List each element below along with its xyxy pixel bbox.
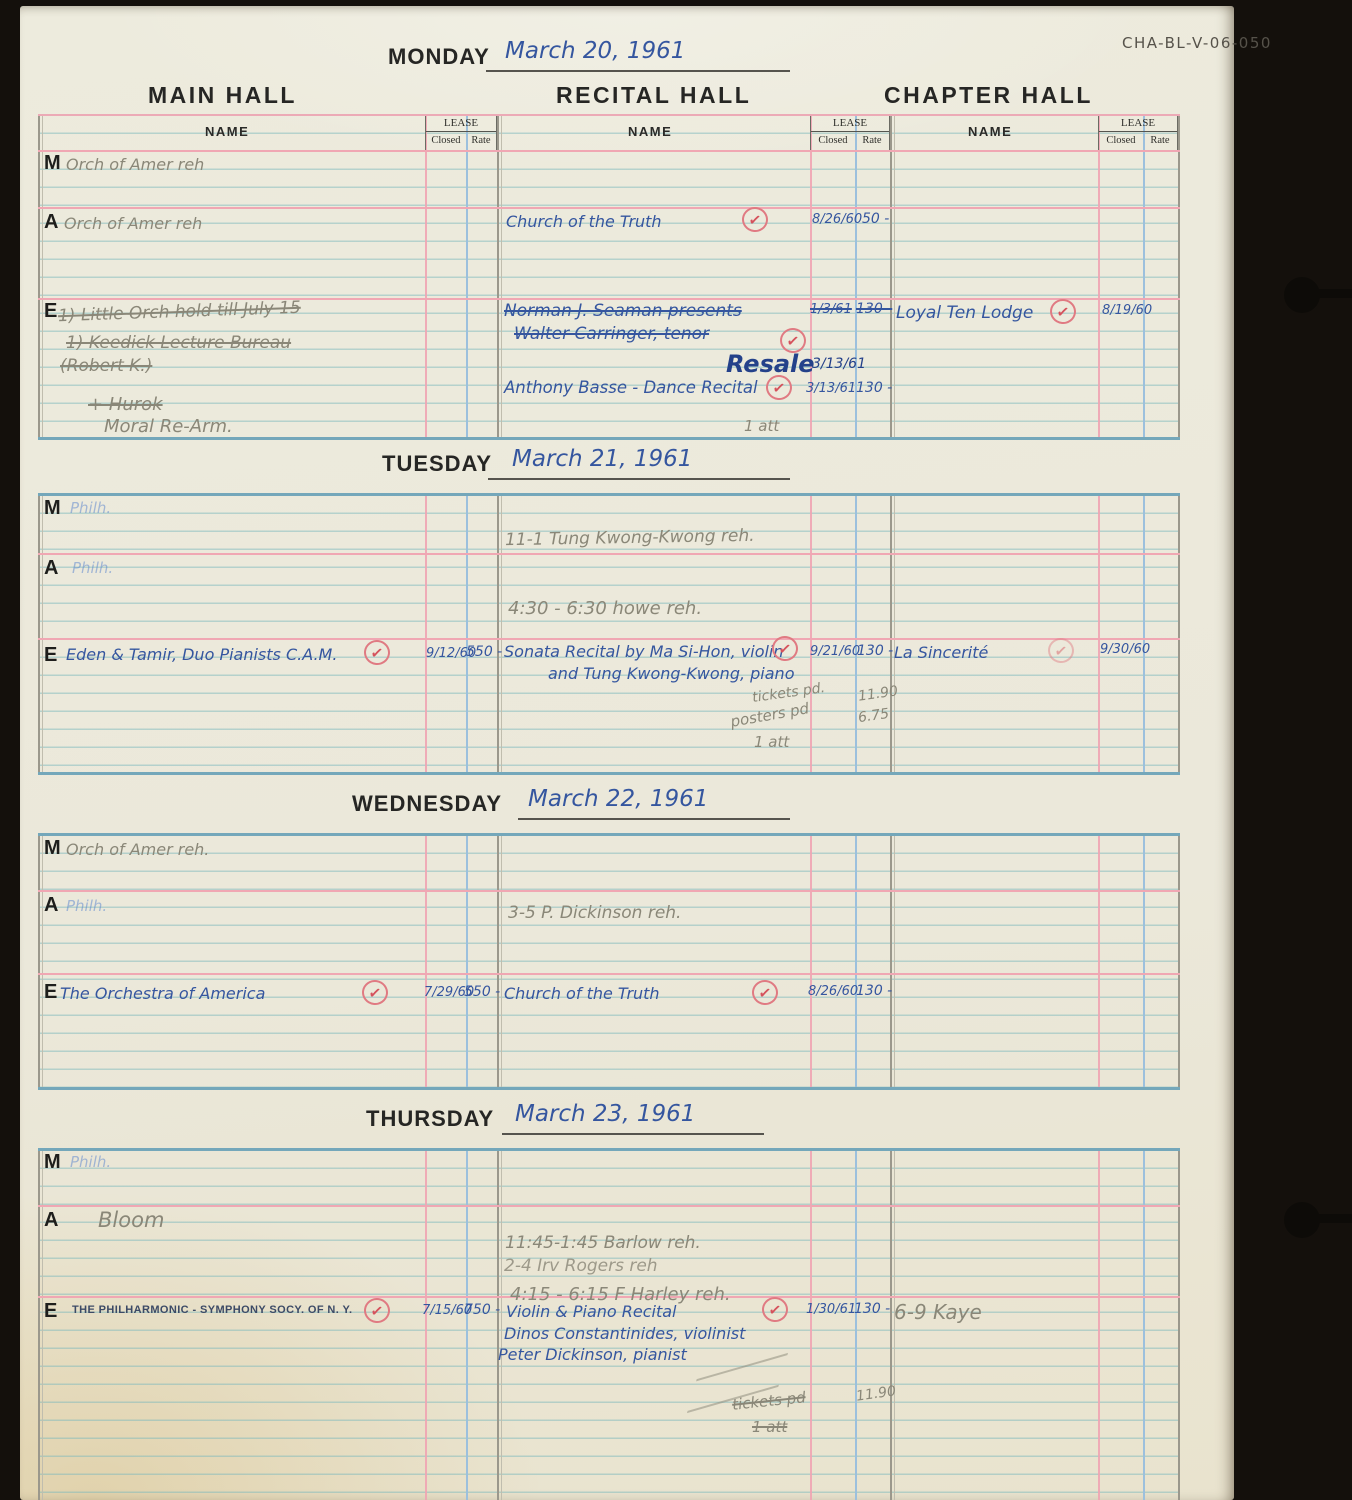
- row-letter-evening: E: [44, 981, 57, 1004]
- rate-wed-recital-e: 130 -: [856, 983, 892, 999]
- rate-mon-recital-e1: 130 -: [856, 301, 892, 317]
- entry-wed-main-a: Philh.: [66, 897, 107, 915]
- entry-tue-main-m: Philh.: [70, 499, 111, 517]
- divider: [1098, 116, 1100, 437]
- entry-mon-main-m: Orch of Amer reh: [66, 155, 204, 174]
- divider: [855, 836, 857, 1087]
- row-letter-morning: M: [44, 152, 61, 175]
- entry-thu-recital-a1: 11:45-1:45 Barlow reh.: [505, 1233, 701, 1253]
- check-glyph: ✓: [368, 983, 383, 1003]
- entry-mon-recital-e1: Norman J. Seaman presents: [504, 301, 742, 321]
- divider: [38, 496, 40, 772]
- ledger-grid-wednesday: [38, 833, 1180, 1090]
- entry-wed-recital-e: Church of the Truth: [504, 984, 660, 1003]
- divider: [1178, 496, 1180, 772]
- divider: [466, 1151, 468, 1500]
- check-glyph: ✓: [772, 378, 787, 398]
- row-letter-evening: E: [44, 300, 57, 323]
- divider: [855, 1151, 857, 1500]
- entry-wed-main-m: Orch of Amer reh.: [66, 840, 209, 859]
- closed-mon-recital-a: 8/26/60: [812, 212, 862, 227]
- entry-mon-main-e4: + Hurok: [88, 394, 163, 415]
- check-glyph: ✓: [786, 331, 801, 351]
- check-glyph: ✓: [1054, 641, 1069, 661]
- divider: [894, 1151, 895, 1500]
- closed-thu-recital-e: 1/30/61: [806, 1302, 856, 1317]
- divider: [42, 496, 43, 772]
- date-underline: [518, 818, 790, 820]
- hall-title-main: MAIN HALL: [148, 82, 297, 109]
- divider: [1178, 836, 1180, 1087]
- divider: [42, 836, 43, 1087]
- date-tuesday: March 21, 1961: [512, 446, 692, 472]
- day-label-tuesday: TUESDAY: [382, 451, 492, 477]
- divider: [894, 496, 895, 772]
- lease-label: LEASE: [811, 116, 889, 132]
- divider: [497, 1151, 499, 1500]
- closed-label: Closed: [431, 132, 460, 149]
- entry-thu-main-a: Bloom: [98, 1208, 164, 1232]
- entry-tue-recital-a: 4:30 - 6:30 howe reh.: [508, 598, 702, 619]
- entry-thu-recital-a2: 2-4 Irv Rogers reh: [504, 1256, 658, 1276]
- check-glyph: ✓: [758, 983, 773, 1003]
- date-underline: [486, 70, 790, 72]
- closed-mon-recital-e1: 1/3/61: [810, 302, 852, 317]
- entry-mon-chapter-e: Loyal Ten Lodge: [896, 303, 1033, 323]
- divider: [501, 116, 502, 437]
- row-letter-morning: M: [44, 837, 61, 860]
- rate-label: Rate: [1150, 132, 1169, 149]
- divider: [1143, 836, 1145, 1087]
- divider: [890, 836, 892, 1087]
- check-glyph: ✓: [748, 210, 763, 230]
- divider: [38, 836, 40, 1087]
- lease-label: LEASE: [426, 116, 496, 132]
- closed-tue-recital-e: 9/21/60: [810, 644, 860, 659]
- day-label-wednesday: WEDNESDAY: [352, 791, 502, 817]
- divider: [497, 116, 499, 437]
- divider: [466, 836, 468, 1087]
- date-underline: [488, 478, 790, 480]
- entry-mon-recital-e2: Walter Carringer, tenor: [514, 324, 709, 344]
- divider: [1098, 496, 1100, 772]
- page-fastener-bottom-bar: [1312, 1214, 1352, 1223]
- closed-label: Closed: [1106, 132, 1135, 149]
- entry-wed-recital-a: 3-5 P. Dickinson reh.: [508, 903, 681, 923]
- entry-thu-chapter-e: 6-9 Kaye: [894, 1300, 982, 1324]
- row-divider: [38, 638, 1180, 640]
- col-header-name: NAME: [205, 124, 249, 139]
- divider: [1178, 1151, 1180, 1500]
- entry-mon-main-a: Orch of Amer reh: [64, 214, 202, 233]
- divider: [42, 116, 43, 437]
- date-thursday: March 23, 1961: [515, 1101, 695, 1127]
- date-mon-resale: 3/13/61: [812, 356, 866, 372]
- archive-id: CHA-BL-V-06-050: [1122, 34, 1272, 52]
- closed-mon-recital-e3: 3/13/61: [806, 381, 856, 396]
- closed-wed-recital-e: 8/26/60: [808, 984, 858, 999]
- divider: [501, 836, 502, 1087]
- entry-thu-recital-e2: Dinos Constantinides, violinist: [504, 1324, 745, 1343]
- rate-label: Rate: [862, 132, 881, 149]
- divider: [1143, 116, 1145, 437]
- entry-mon-resale: Resale: [726, 350, 815, 378]
- divider: [894, 836, 895, 1087]
- row-letter-evening: E: [44, 644, 57, 667]
- row-letter-afternoon: A: [44, 1209, 58, 1232]
- check-glyph: ✓: [778, 639, 793, 659]
- closed-tue-chapter-e: 9/30/60: [1100, 642, 1150, 657]
- note-thu-attendance: 1 att: [752, 1418, 787, 1436]
- lease-label: LEASE: [1099, 116, 1177, 132]
- entry-thu-recital-e1: Violin & Piano Recital: [506, 1302, 677, 1321]
- lease-header: LEASE ClosedRate: [425, 116, 497, 150]
- divider: [855, 496, 857, 772]
- entry-thu-recital-e3: Peter Dickinson, pianist: [498, 1345, 687, 1364]
- row-letter-afternoon: A: [44, 211, 58, 234]
- note-mon-attendance: 1 att: [744, 417, 779, 435]
- rate-thu-main-e: 750 -: [464, 1302, 500, 1318]
- divider: [38, 1151, 40, 1500]
- day-label-monday: MONDAY: [388, 44, 490, 70]
- check-glyph: ✓: [1056, 302, 1071, 322]
- date-underline: [502, 1133, 764, 1135]
- entry-thu-main-e-stamp: THE PHILHARMONIC - SYMPHONY SOCY. OF N. …: [72, 1304, 352, 1316]
- divider: [1178, 116, 1180, 437]
- rate-label: Rate: [471, 132, 490, 149]
- row-divider: [38, 150, 1180, 152]
- rate-tue-recital-e: 130 -: [857, 643, 893, 659]
- divider: [501, 496, 502, 772]
- entry-mon-recital-a: Church of the Truth: [506, 212, 662, 231]
- divider: [810, 836, 812, 1087]
- lease-header: LEASE ClosedRate: [810, 116, 890, 150]
- divider: [497, 496, 499, 772]
- row-divider: [38, 207, 1180, 209]
- rate-thu-recital-e: 130 -: [854, 1301, 890, 1317]
- divider: [466, 116, 468, 437]
- entry-tue-recital-e1: Sonata Recital by Ma Si-Hon, violin: [504, 642, 784, 661]
- row-letter-afternoon: A: [44, 894, 58, 917]
- entry-mon-main-e3: (Robert K.): [60, 356, 152, 376]
- lease-header: LEASE ClosedRate: [1098, 116, 1178, 150]
- entry-mon-recital-e3: Anthony Basse - Dance Recital: [504, 378, 758, 397]
- check-glyph: ✓: [370, 1301, 385, 1321]
- row-divider: [38, 890, 1180, 892]
- divider: [425, 836, 427, 1087]
- divider: [890, 1151, 892, 1500]
- divider: [894, 116, 895, 437]
- divider: [890, 496, 892, 772]
- entry-wed-main-e: The Orchestra of America: [60, 984, 265, 1003]
- divider: [466, 496, 468, 772]
- check-glyph: ✓: [768, 1300, 783, 1320]
- col-header-name: NAME: [628, 124, 672, 139]
- check-glyph: ✓: [370, 643, 385, 663]
- day-label-thursday: THURSDAY: [366, 1106, 494, 1132]
- divider: [42, 1151, 43, 1500]
- divider: [1098, 836, 1100, 1087]
- date-monday: March 20, 1961: [505, 38, 685, 64]
- page-fastener-top-bar: [1312, 289, 1352, 298]
- entry-tue-chapter-e: La Sincerité: [894, 643, 988, 662]
- divider: [1098, 1151, 1100, 1500]
- row-letter-afternoon: A: [44, 557, 58, 580]
- row-divider: [38, 553, 1180, 555]
- entry-thu-main-m: Philh.: [70, 1153, 111, 1171]
- divider: [1143, 1151, 1145, 1500]
- note-tue-attendance: 1 att: [754, 733, 789, 751]
- hall-title-chapter: CHAPTER HALL: [884, 82, 1093, 109]
- row-letter-evening: E: [44, 1300, 57, 1323]
- divider: [425, 496, 427, 772]
- divider: [497, 836, 499, 1087]
- divider: [38, 116, 40, 437]
- divider: [425, 116, 427, 437]
- entry-tue-main-a: Philh.: [72, 559, 113, 577]
- rate-wed-main-e: 550 -: [464, 984, 500, 1000]
- hall-title-recital: RECITAL HALL: [556, 82, 751, 109]
- date-wednesday: March 22, 1961: [528, 786, 708, 812]
- entry-mon-main-e2: 1) Keedick Lecture Bureau: [66, 333, 291, 353]
- col-header-name: NAME: [968, 124, 1012, 139]
- scan-background: CHA-BL-V-06-050 MONDAY March 20, 1961 MA…: [0, 0, 1352, 1500]
- rate-tue-main-e: 550 -: [466, 644, 502, 660]
- entry-tue-recital-e2: and Tung Kwong-Kwong, piano: [548, 664, 794, 683]
- entry-mon-main-e5: Moral Re-Arm.: [104, 416, 233, 437]
- row-letter-morning: M: [44, 1151, 61, 1174]
- divider: [810, 1151, 812, 1500]
- row-divider: [38, 973, 1180, 975]
- row-divider: [38, 1205, 1180, 1207]
- divider: [1143, 496, 1145, 772]
- row-divider: [38, 298, 1180, 300]
- rate-mon-recital-a: 50 -: [862, 211, 889, 227]
- divider: [425, 1151, 427, 1500]
- rate-mon-recital-e3: 130 -: [856, 380, 892, 396]
- closed-label: Closed: [818, 132, 847, 149]
- entry-tue-main-e: Eden & Tamir, Duo Pianists C.A.M.: [66, 645, 337, 664]
- closed-mon-chapter-e: 8/19/60: [1102, 303, 1152, 318]
- divider: [810, 496, 812, 772]
- row-letter-morning: M: [44, 497, 61, 520]
- divider: [501, 1151, 502, 1500]
